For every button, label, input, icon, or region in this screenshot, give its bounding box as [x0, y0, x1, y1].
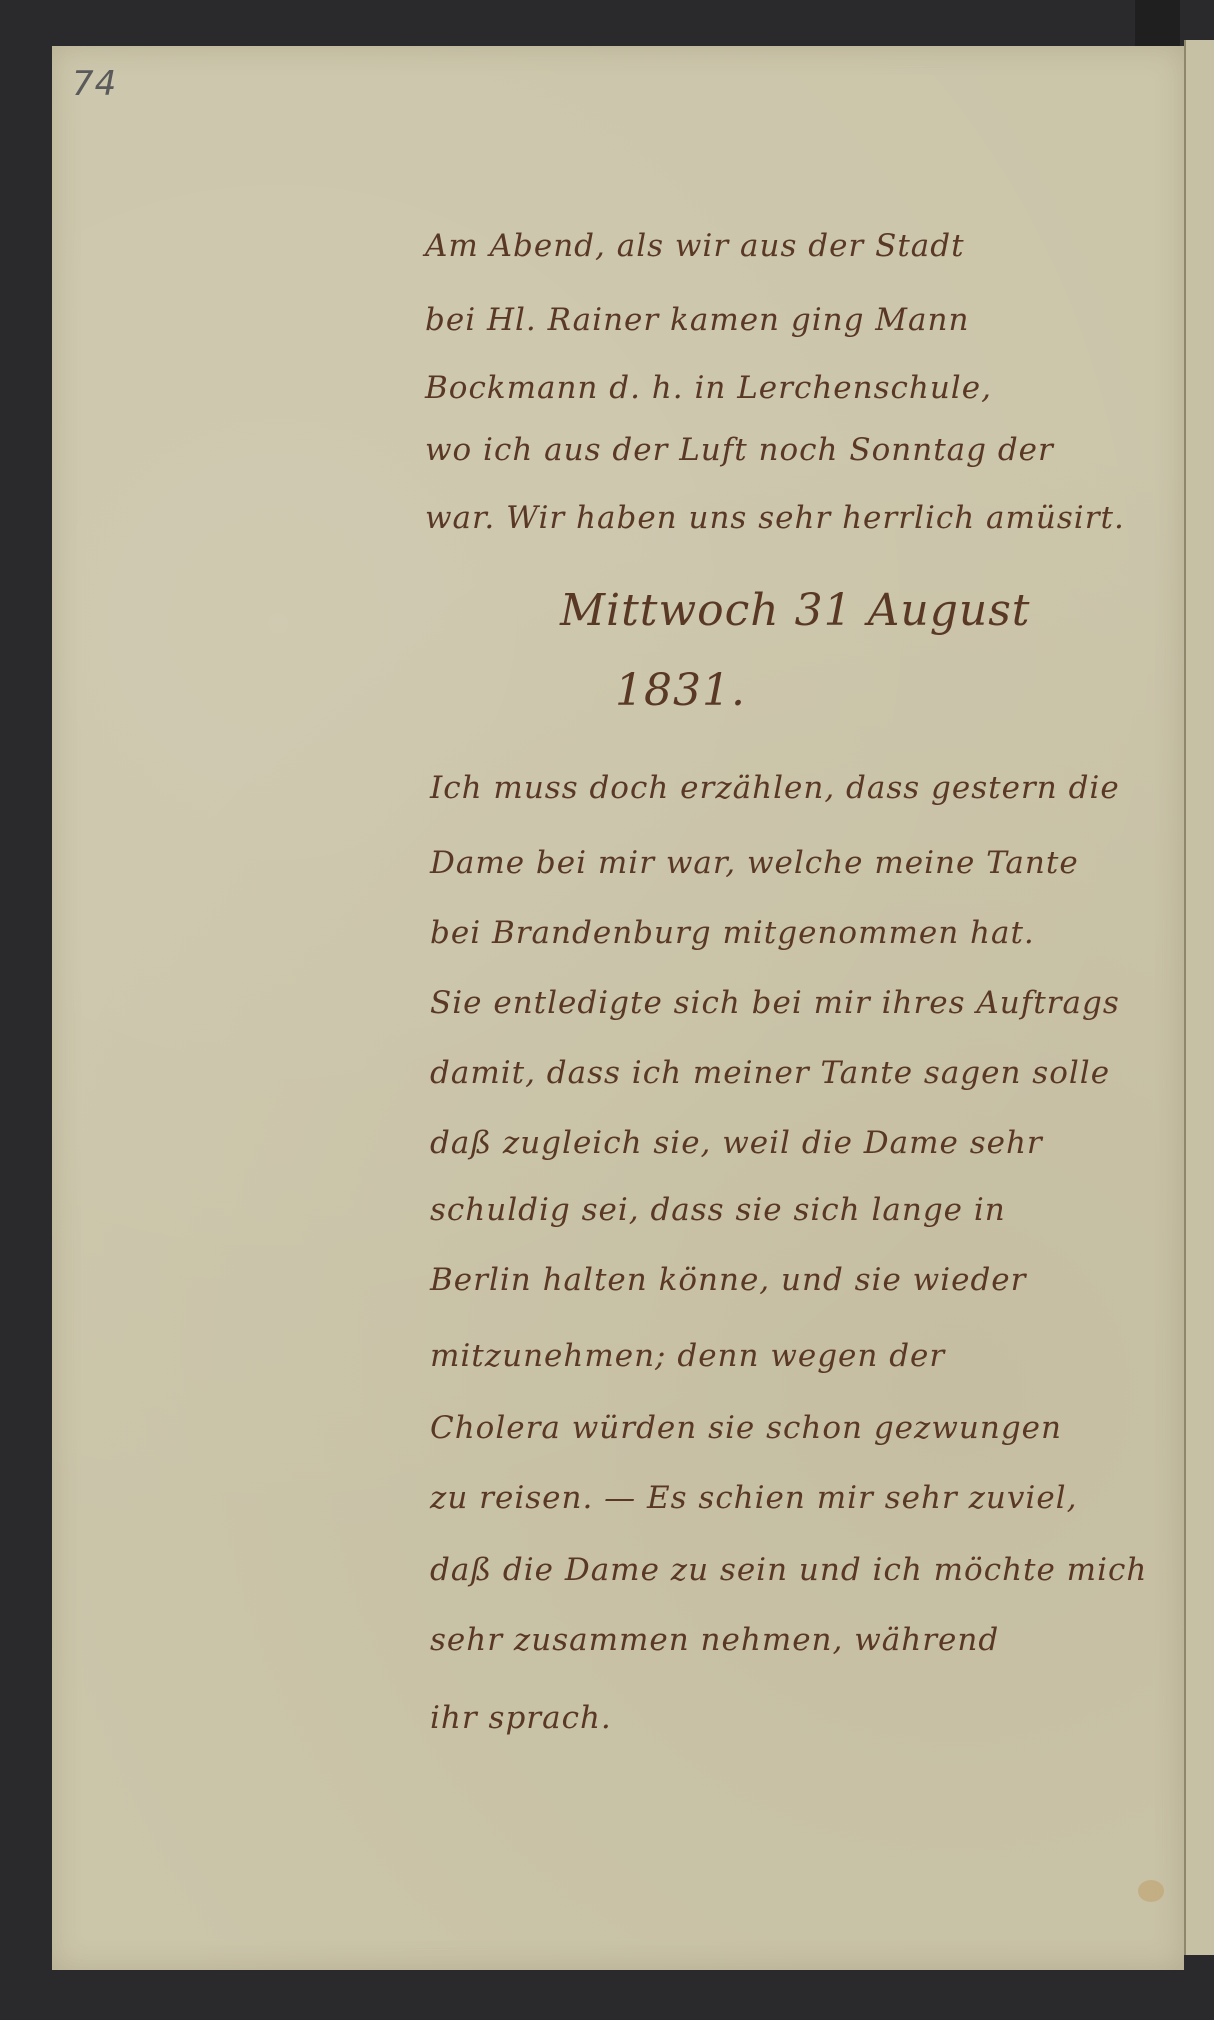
text-line: Dame bei mir war, welche meine Tante [430, 845, 1079, 881]
text-line: daß zugleich sie, weil die Dame sehr [430, 1125, 1043, 1161]
text-line: Am Abend, als wir aus der Stadt [425, 228, 965, 264]
text-line: mitzunehmen; denn wegen der [430, 1338, 945, 1374]
folio-number: 74 [72, 64, 117, 104]
text-line: Berlin halten könne, und sie wieder [430, 1262, 1026, 1298]
text-line: sehr zusammen nehmen, während [430, 1622, 999, 1658]
text-line: zu reisen. — Es schien mir sehr zuviel, [430, 1480, 1077, 1516]
paper-stain [1138, 1880, 1164, 1902]
text-line: war. Wir haben uns sehr herrlich amüsirt… [425, 500, 1125, 536]
text-line: daß die Dame zu sein und ich möchte mich [430, 1552, 1147, 1588]
entry-year: 1831. [615, 665, 746, 716]
adjacent-page-edge [1184, 40, 1214, 1955]
text-line: bei Hl. Rainer kamen ging Mann [425, 302, 969, 338]
text-line: wo ich aus der Luft noch Sonntag der [425, 432, 1054, 468]
text-line: Bockmann d. h. in Lerchenschule, [425, 370, 992, 406]
text-line: damit, dass ich meiner Tante sagen solle [430, 1055, 1110, 1091]
text-line: bei Brandenburg mitgenommen hat. [430, 915, 1035, 951]
text-line: Cholera würden sie schon gezwungen [430, 1410, 1062, 1446]
entry-date: Mittwoch 31 August [560, 585, 1030, 636]
binding-tab [1135, 0, 1180, 48]
text-line: ihr sprach. [430, 1700, 612, 1736]
text-line: Ich muss doch erzählen, dass gestern die [430, 770, 1120, 806]
text-line: schuldig sei, dass sie sich lange in [430, 1192, 1006, 1228]
text-line: Sie entledigte sich bei mir ihres Auftra… [430, 985, 1120, 1021]
